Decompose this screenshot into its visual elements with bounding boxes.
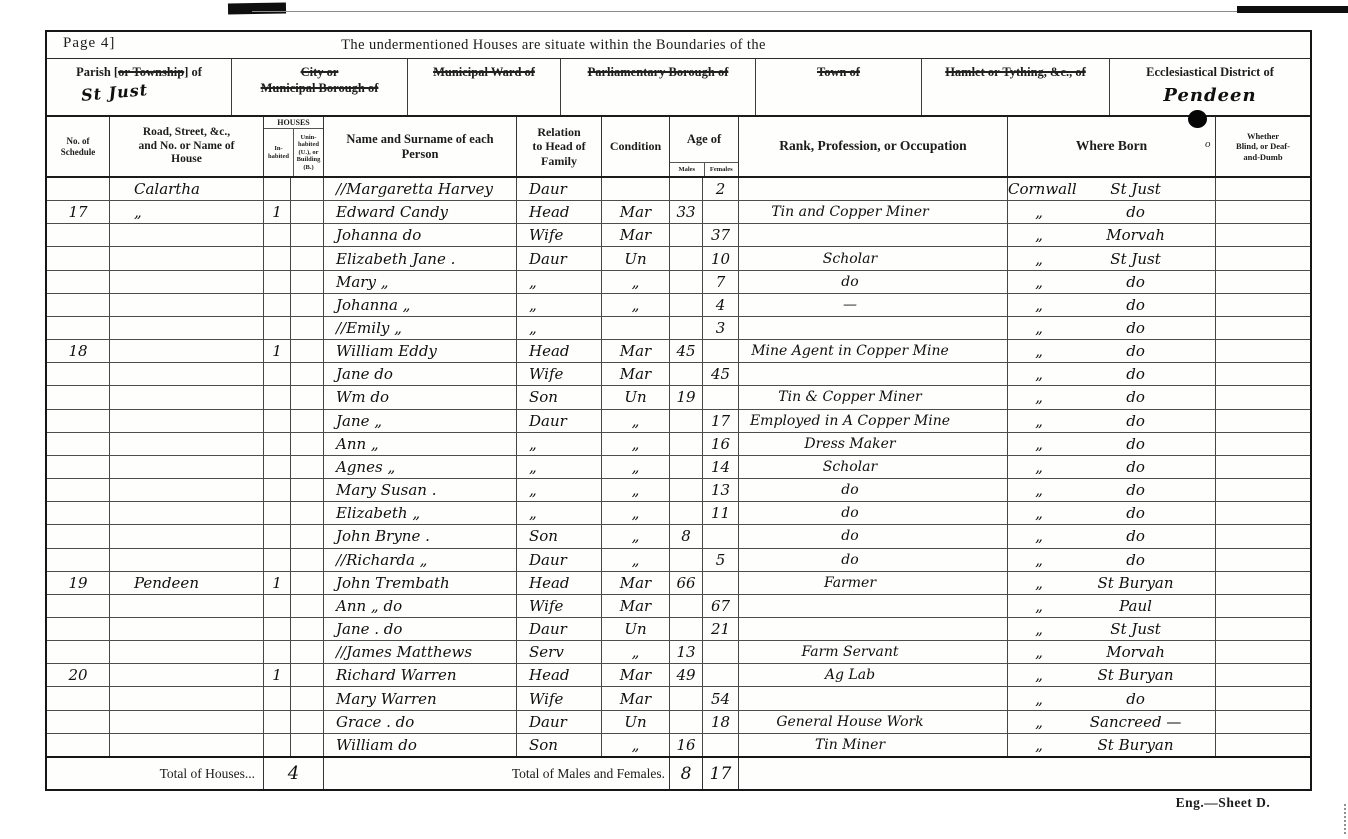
road-cell	[110, 294, 264, 316]
inhabited-cell	[264, 595, 291, 617]
condition-cell: Un	[602, 247, 670, 269]
table-row: 201Richard WarrenHeadMar49Ag Lab„St Bury…	[47, 664, 1310, 687]
col-age-males: Males	[670, 163, 704, 176]
name-cell: Grace . do	[324, 711, 517, 733]
born-ditto: „	[1008, 713, 1070, 731]
occupation-cell	[739, 595, 1008, 617]
born-ditto: „	[1008, 273, 1070, 291]
road-cell	[110, 317, 264, 339]
road-cell	[110, 410, 264, 432]
born-cell: „do	[1008, 271, 1216, 293]
born-place: do	[1070, 365, 1215, 383]
condition-cell: Mar	[602, 363, 670, 385]
schedule-cell	[47, 502, 110, 524]
age-female-cell: 17	[703, 410, 739, 432]
road-cell	[110, 479, 264, 501]
born-ditto: „	[1008, 574, 1070, 592]
road-cell: Pendeen	[110, 572, 264, 594]
schedule-cell	[47, 247, 110, 269]
age-male-cell: 16	[670, 734, 703, 756]
born-cell: „Paul	[1008, 595, 1216, 617]
born-ditto: „	[1008, 666, 1070, 684]
table-row: Calartha//Margaretta HarveyDaur2Cornwall…	[47, 178, 1310, 201]
census-form: Page 4] The undermentioned Houses are si…	[45, 30, 1312, 791]
schedule-cell	[47, 687, 110, 709]
inhabited-cell	[264, 734, 291, 756]
age-female-cell: 10	[703, 247, 739, 269]
uninhabited-cell	[291, 271, 324, 293]
total-houses-value: 4	[264, 758, 324, 789]
relation-cell: Son	[517, 525, 602, 547]
infirmity-cell	[1216, 178, 1310, 200]
inhabited-cell	[264, 687, 291, 709]
born-cell: „do	[1008, 410, 1216, 432]
condition-cell: „	[602, 525, 670, 547]
parish-label: Parish [or Township] of	[76, 65, 202, 81]
condition-cell: Un	[602, 386, 670, 408]
born-cell: „St Buryan	[1008, 734, 1216, 756]
condition-cell: „	[602, 433, 670, 455]
occupation-cell: Tin Miner	[739, 734, 1008, 756]
infirmity-cell	[1216, 572, 1310, 594]
occupation-cell: —	[739, 294, 1008, 316]
parish-field: Parish [or Township] of St Just	[47, 59, 232, 115]
scan-hairline	[252, 11, 1242, 12]
table-row: Mary WarrenWifeMar54„do	[47, 687, 1310, 710]
born-ditto: „	[1008, 504, 1070, 522]
inhabited-cell	[264, 410, 291, 432]
table-row: //Emily „„3„do	[47, 317, 1310, 340]
total-males-females-label: Total of Males and Females.	[324, 758, 670, 789]
schedule-cell	[47, 734, 110, 756]
table-row: Grace . doDaurUn18General House Work„San…	[47, 711, 1310, 734]
schedule-cell	[47, 618, 110, 640]
condition-cell: „	[602, 294, 670, 316]
col-relation: Relation to Head of Family	[517, 117, 602, 176]
scan-dotted-edge	[1344, 804, 1346, 834]
name-cell: //Margaretta Harvey	[324, 178, 517, 200]
uninhabited-cell	[291, 178, 324, 200]
ecclesiastical-district-value: Pendeen	[1110, 85, 1310, 108]
condition-cell: Un	[602, 618, 670, 640]
condition-cell: Mar	[602, 664, 670, 686]
born-ditto: „	[1008, 203, 1070, 221]
town-field: Town of	[756, 59, 922, 115]
road-cell	[110, 711, 264, 733]
born-place: do	[1070, 203, 1215, 221]
born-ditto: „	[1008, 250, 1070, 268]
inhabited-cell	[264, 294, 291, 316]
age-male-cell	[670, 317, 703, 339]
born-cell: „do	[1008, 433, 1216, 455]
col-where-born: Where Born	[1008, 117, 1216, 176]
condition-cell: „	[602, 549, 670, 571]
inhabited-cell	[264, 456, 291, 478]
ink-blot	[1188, 110, 1207, 128]
name-cell: Ann „	[324, 433, 517, 455]
condition-cell: Mar	[602, 340, 670, 362]
name-cell: Jane . do	[324, 618, 517, 640]
name-cell: Jane „	[324, 410, 517, 432]
age-male-cell	[670, 456, 703, 478]
road-cell	[110, 502, 264, 524]
occupation-cell	[739, 687, 1008, 709]
name-cell: Elizabeth „	[324, 502, 517, 524]
born-place: do	[1070, 296, 1215, 314]
uninhabited-cell	[291, 410, 324, 432]
born-ditto: „	[1008, 296, 1070, 314]
born-cell: CornwallSt Just	[1008, 178, 1216, 200]
condition-cell: „	[602, 641, 670, 663]
road-cell	[110, 549, 264, 571]
born-ditto: „	[1008, 481, 1070, 499]
age-female-cell: 45	[703, 363, 739, 385]
schedule-cell	[47, 525, 110, 547]
inhabited-cell: 1	[264, 572, 291, 594]
relation-cell: Wife	[517, 363, 602, 385]
name-cell: Mary „	[324, 271, 517, 293]
road-cell	[110, 224, 264, 246]
inhabited-cell	[264, 525, 291, 547]
age-female-cell: 11	[703, 502, 739, 524]
uninhabited-cell	[291, 711, 324, 733]
age-female-cell: 3	[703, 317, 739, 339]
relation-cell: Wife	[517, 595, 602, 617]
age-female-cell	[703, 734, 739, 756]
total-houses-label: Total of Houses...	[47, 758, 264, 789]
born-place: Morvah	[1070, 643, 1215, 661]
relation-cell: „	[517, 433, 602, 455]
occupation-cell: Scholar	[739, 456, 1008, 478]
schedule-cell	[47, 549, 110, 571]
condition-cell: Un	[602, 711, 670, 733]
uninhabited-cell	[291, 201, 324, 223]
uninhabited-cell	[291, 641, 324, 663]
infirmity-cell	[1216, 201, 1310, 223]
born-cell: „Morvah	[1008, 641, 1216, 663]
uninhabited-cell	[291, 317, 324, 339]
inhabited-cell	[264, 479, 291, 501]
table-row: 19Pendeen1John TrembathHeadMar66Farmer„S…	[47, 572, 1310, 595]
age-male-cell	[670, 271, 703, 293]
born-ditto: „	[1008, 620, 1070, 638]
born-place: St Buryan	[1070, 736, 1215, 754]
born-ditto: „	[1008, 597, 1070, 615]
total-males-value: 8	[670, 758, 703, 789]
census-page: { "page": { "page_label": "Page 4]", "ti…	[0, 0, 1348, 839]
condition-cell: „	[602, 271, 670, 293]
schedule-cell	[47, 433, 110, 455]
age-female-cell: 18	[703, 711, 739, 733]
name-cell: John Trembath	[324, 572, 517, 594]
relation-cell: Daur	[517, 178, 602, 200]
relation-cell: „	[517, 294, 602, 316]
col-schedule: No. of Schedule	[47, 117, 110, 176]
name-cell: Mary Warren	[324, 687, 517, 709]
inhabited-cell	[264, 224, 291, 246]
name-cell: Johanna do	[324, 224, 517, 246]
relation-cell: Son	[517, 386, 602, 408]
uninhabited-cell	[291, 340, 324, 362]
name-cell: Edward Candy	[324, 201, 517, 223]
born-ditto: „	[1008, 435, 1070, 453]
age-female-cell: 13	[703, 479, 739, 501]
infirmity-cell	[1216, 479, 1310, 501]
col-occupation: Rank, Profession, or Occupation	[739, 117, 1008, 176]
born-place: do	[1070, 273, 1215, 291]
occupation-cell: Scholar	[739, 247, 1008, 269]
born-place: do	[1070, 481, 1215, 499]
age-female-cell	[703, 641, 739, 663]
occupation-cell: Dress Maker	[739, 433, 1008, 455]
age-female-cell: 4	[703, 294, 739, 316]
schedule-cell	[47, 386, 110, 408]
table-row: 17„1Edward CandyHeadMar33Tin and Copper …	[47, 201, 1310, 224]
ecclesiastical-district-label: Ecclesiastical District of	[1146, 65, 1274, 81]
inhabited-cell	[264, 641, 291, 663]
relation-cell: Head	[517, 201, 602, 223]
born-cell: „St Buryan	[1008, 572, 1216, 594]
relation-cell: Daur	[517, 549, 602, 571]
age-female-cell	[703, 572, 739, 594]
uninhabited-cell	[291, 479, 324, 501]
uninhabited-cell	[291, 456, 324, 478]
schedule-cell: 18	[47, 340, 110, 362]
schedule-cell	[47, 479, 110, 501]
born-place: do	[1070, 342, 1215, 360]
condition-cell: „	[602, 502, 670, 524]
condition-cell: „	[602, 479, 670, 501]
table-row: Mary Susan .„„13do„do	[47, 479, 1310, 502]
born-cell: „Sancreed —	[1008, 711, 1216, 733]
relation-cell: Head	[517, 572, 602, 594]
age-female-cell: 21	[703, 618, 739, 640]
uninhabited-cell	[291, 734, 324, 756]
totals-row: Total of Houses... 4 Total of Males and …	[47, 756, 1310, 789]
uninhabited-cell	[291, 386, 324, 408]
born-place: St Buryan	[1070, 666, 1215, 684]
inhabited-cell	[264, 317, 291, 339]
age-male-cell: 45	[670, 340, 703, 362]
born-ditto: „	[1008, 226, 1070, 244]
occupation-cell: Mine Agent in Copper Mine	[739, 340, 1008, 362]
age-male-cell	[670, 502, 703, 524]
occupation-cell: do	[739, 502, 1008, 524]
occupation-cell: do	[739, 525, 1008, 547]
infirmity-cell	[1216, 363, 1310, 385]
born-ditto: „	[1008, 388, 1070, 406]
road-cell	[110, 433, 264, 455]
town-label: Town of	[817, 65, 860, 81]
age-female-cell: 67	[703, 595, 739, 617]
total-females-value: 17	[703, 758, 739, 789]
infirmity-cell	[1216, 456, 1310, 478]
born-cell: „do	[1008, 479, 1216, 501]
born-place: do	[1070, 319, 1215, 337]
condition-cell: Mar	[602, 201, 670, 223]
col-age-title: Age of	[670, 117, 738, 162]
relation-cell: „	[517, 456, 602, 478]
occupation-cell: Farm Servant	[739, 641, 1008, 663]
inhabited-cell: 1	[264, 340, 291, 362]
relation-cell: Wife	[517, 224, 602, 246]
inhabited-cell: 1	[264, 664, 291, 686]
table-row: Jane doWifeMar45„do	[47, 363, 1310, 386]
occupation-cell: do	[739, 549, 1008, 571]
ink-blot-mark: o	[1205, 138, 1211, 150]
schedule-cell	[47, 456, 110, 478]
road-cell	[110, 687, 264, 709]
infirmity-cell	[1216, 317, 1310, 339]
city-borough-field: City or Municipal Borough of	[232, 59, 408, 115]
schedule-cell	[47, 178, 110, 200]
table-row: Johanna doWifeMar37„Morvah	[47, 224, 1310, 247]
road-cell	[110, 456, 264, 478]
name-cell: William do	[324, 734, 517, 756]
occupation-cell: Ag Lab	[739, 664, 1008, 686]
age-male-cell: 19	[670, 386, 703, 408]
age-female-cell: 7	[703, 271, 739, 293]
totals-empty-cell	[739, 758, 1310, 789]
inhabited-cell	[264, 711, 291, 733]
form-title-band: Page 4] The undermentioned Houses are si…	[47, 32, 1310, 59]
road-cell	[110, 595, 264, 617]
born-place: do	[1070, 388, 1215, 406]
condition-cell: Mar	[602, 687, 670, 709]
scan-ink-smudge	[228, 2, 286, 14]
road-cell	[110, 618, 264, 640]
col-uninhabited: Unin- habited (U.), or Building (B.)	[293, 129, 323, 176]
occupation-cell	[739, 224, 1008, 246]
uninhabited-cell	[291, 618, 324, 640]
born-ditto: „	[1008, 365, 1070, 383]
parish-value: St Just	[80, 80, 149, 106]
age-female-cell: 16	[703, 433, 739, 455]
road-cell	[110, 641, 264, 663]
occupation-cell	[739, 317, 1008, 339]
relation-cell: „	[517, 317, 602, 339]
relation-cell: Head	[517, 340, 602, 362]
city-borough-label: City or Municipal Borough of	[261, 65, 379, 96]
relation-cell: Serv	[517, 641, 602, 663]
name-cell: Elizabeth Jane .	[324, 247, 517, 269]
relation-cell: Head	[517, 664, 602, 686]
born-cell: „do	[1008, 687, 1216, 709]
uninhabited-cell	[291, 433, 324, 455]
road-cell: „	[110, 201, 264, 223]
relation-cell: „	[517, 502, 602, 524]
col-age-females: Females	[704, 163, 739, 176]
occupation-cell	[739, 363, 1008, 385]
col-age-group: Age of Males Females	[670, 117, 739, 176]
age-female-cell	[703, 201, 739, 223]
infirmity-cell	[1216, 664, 1310, 686]
born-cell: „St Just	[1008, 618, 1216, 640]
schedule-cell	[47, 711, 110, 733]
col-houses-title: HOUSES	[264, 117, 323, 129]
table-row: Ann „ doWifeMar67„Paul	[47, 595, 1310, 618]
schedule-cell	[47, 641, 110, 663]
age-male-cell	[670, 479, 703, 501]
table-row: //Richarda „Daur„5do„do	[47, 549, 1310, 572]
infirmity-cell	[1216, 433, 1310, 455]
born-place: St Just	[1070, 250, 1215, 268]
born-cell: „do	[1008, 525, 1216, 547]
form-title: The undermentioned Houses are situate wi…	[47, 37, 1060, 54]
schedule-cell	[47, 294, 110, 316]
name-cell: Wm do	[324, 386, 517, 408]
col-inhabited: In- habited	[264, 129, 293, 176]
age-male-cell	[670, 618, 703, 640]
occupation-cell	[739, 618, 1008, 640]
born-ditto: „	[1008, 319, 1070, 337]
relation-cell: Son	[517, 734, 602, 756]
name-cell: Agnes „	[324, 456, 517, 478]
born-place: do	[1070, 551, 1215, 569]
road-cell	[110, 525, 264, 547]
age-female-cell	[703, 340, 739, 362]
name-cell: Johanna „	[324, 294, 517, 316]
occupation-cell: Employed in A Copper Mine	[739, 410, 1008, 432]
name-cell: Mary Susan .	[324, 479, 517, 501]
age-female-cell	[703, 386, 739, 408]
born-ditto: „	[1008, 690, 1070, 708]
born-ditto: „	[1008, 458, 1070, 476]
occupation-cell: do	[739, 271, 1008, 293]
born-place: do	[1070, 412, 1215, 430]
born-cell: „Morvah	[1008, 224, 1216, 246]
infirmity-cell	[1216, 340, 1310, 362]
table-row: Elizabeth „„„11do„do	[47, 502, 1310, 525]
occupation-cell: Tin & Copper Miner	[739, 386, 1008, 408]
occupation-cell: Farmer	[739, 572, 1008, 594]
relation-cell: „	[517, 479, 602, 501]
condition-cell: Mar	[602, 224, 670, 246]
road-cell	[110, 340, 264, 362]
born-cell: „do	[1008, 456, 1216, 478]
census-table-body: Calartha//Margaretta HarveyDaur2Cornwall…	[47, 178, 1310, 756]
uninhabited-cell	[291, 687, 324, 709]
col-houses-group: HOUSES In- habited Unin- habited (U.), o…	[264, 117, 324, 176]
born-cell: „do	[1008, 294, 1216, 316]
col-infirmity: Whether Blind, or Deaf- and-Dumb	[1216, 117, 1310, 176]
table-row: Johanna „„„4—„do	[47, 294, 1310, 317]
schedule-cell: 20	[47, 664, 110, 686]
born-place: Morvah	[1070, 226, 1215, 244]
born-place: do	[1070, 435, 1215, 453]
table-row: Ann „„„16Dress Maker„do	[47, 433, 1310, 456]
age-male-cell	[670, 178, 703, 200]
table-row: //James MatthewsServ„13Farm Servant„Morv…	[47, 641, 1310, 664]
relation-cell: Daur	[517, 711, 602, 733]
born-cell: „do	[1008, 502, 1216, 524]
uninhabited-cell	[291, 363, 324, 385]
born-place: do	[1070, 527, 1215, 545]
born-cell: „St Buryan	[1008, 664, 1216, 686]
born-cell: „St Just	[1008, 247, 1216, 269]
condition-cell: „	[602, 410, 670, 432]
col-road: Road, Street, &c., and No. or Name of Ho…	[110, 117, 264, 176]
uninhabited-cell	[291, 549, 324, 571]
occupation-cell	[739, 178, 1008, 200]
born-ditto: „	[1008, 736, 1070, 754]
born-ditto: „	[1008, 551, 1070, 569]
condition-cell	[602, 317, 670, 339]
infirmity-cell	[1216, 525, 1310, 547]
born-place: St Buryan	[1070, 574, 1215, 592]
inhabited-cell: 1	[264, 201, 291, 223]
occupation-cell: Tin and Copper Miner	[739, 201, 1008, 223]
